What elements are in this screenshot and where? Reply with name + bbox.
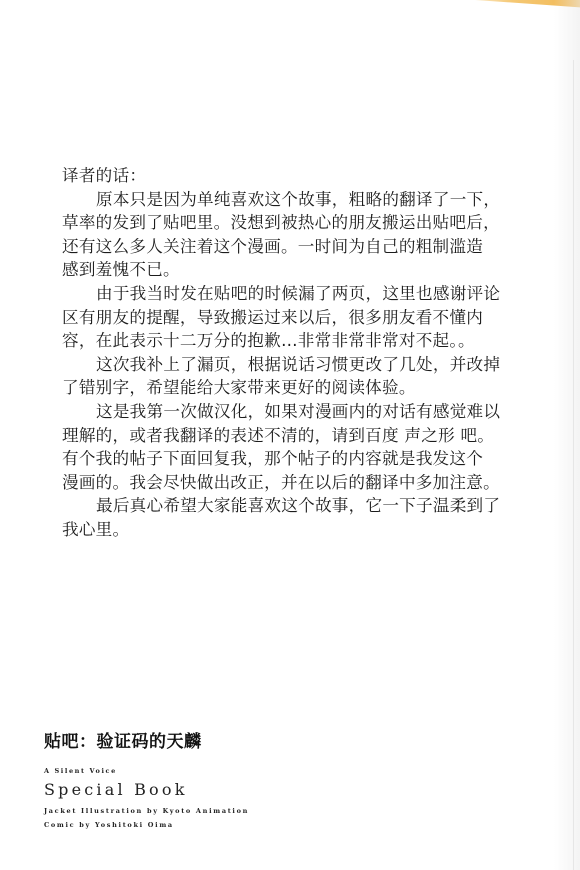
- note-line: 这是我第一次做汉化，如果对漫画内的对话有感觉难以: [62, 400, 502, 424]
- note-line: 最后真心希望大家能喜欢这个故事，它一下子温柔到了: [62, 494, 502, 518]
- note-line: 草率的发到了贴吧里。没想到被热心的朋友搬运出贴吧后，: [62, 211, 502, 235]
- note-line: 还有这么多人关注着这个漫画。一时间为自己的粗制滥造: [62, 235, 502, 259]
- translator-credit-title: 贴吧：验证码的天麟: [44, 731, 249, 753]
- note-line: 区有朋友的提醒，导致搬运过来以后，很多朋友看不懂内: [62, 306, 502, 330]
- note-line: 我心里。: [62, 518, 502, 542]
- note-line: 感到羞愧不已。: [62, 258, 502, 282]
- note-line: 这次我补上了漏页，根据说话习惯更改了几处，并改掉: [62, 353, 502, 377]
- series-subtitle: A Silent Voice: [44, 767, 249, 775]
- note-line: 原本只是因为单纯喜欢这个故事，粗略的翻译了一下，: [62, 188, 502, 212]
- page-edge-shadow: [554, 0, 580, 870]
- comic-credit: Comic by Yoshitoki Oima: [44, 821, 249, 829]
- translator-note: 译者的话： 原本只是因为单纯喜欢这个故事，粗略的翻译了一下， 草率的发到了贴吧里…: [62, 164, 502, 542]
- note-line: 由于我当时发在贴吧的时候漏了两页，这里也感谢评论: [62, 282, 502, 306]
- note-line: 容，在此表示十二万分的抱歉…非常非常非常对不起。。: [62, 329, 502, 353]
- note-line: 了错别字，希望能给大家带来更好的阅读体验。: [62, 376, 502, 400]
- colophon: 贴吧：验证码的天麟 A Silent Voice Special Book Ja…: [44, 731, 249, 829]
- jacket-credit: Jacket Illustration by Kyoto Animation: [44, 807, 249, 815]
- book-title: Special Book: [44, 780, 249, 799]
- note-line: 有个我的帖子下面回复我，那个帖子的内容就是我发这个: [62, 447, 502, 471]
- page-edge-line: [573, 60, 574, 870]
- note-line: 理解的，或者我翻译的表述不清的，请到百度 声之形 吧。: [62, 424, 502, 448]
- note-line: 漫画的。我会尽快做出改正，并在以后的翻译中多加注意。: [62, 471, 502, 495]
- note-heading: 译者的话：: [62, 164, 502, 188]
